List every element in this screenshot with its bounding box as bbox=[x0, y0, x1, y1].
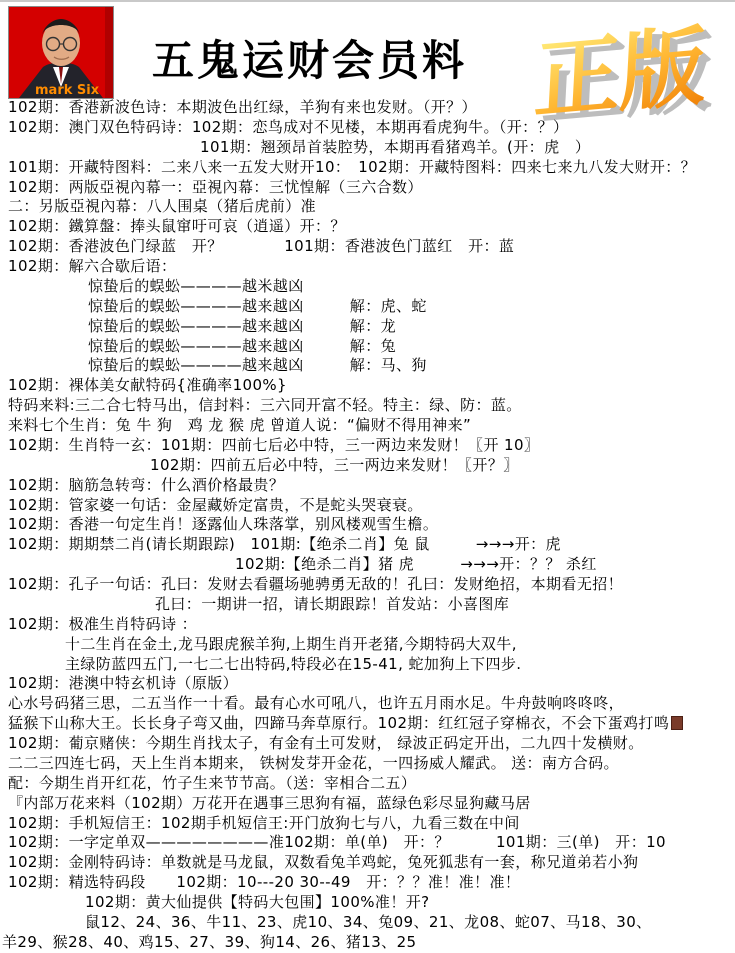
text-line: 102期:【绝杀二肖】猪 虎 →→→开：？？ 杀红 bbox=[0, 555, 735, 575]
text-line: 102期：黄大仙提供【特码大包围】100%准！开? bbox=[0, 893, 735, 913]
text-line: 102期：脑筋急转弯：什么酒价格最贵？ bbox=[0, 476, 735, 496]
text-line: 猛猴下山称大王。长长身子弯又曲，四蹄马奔草原行。102期：红红冠子穿棉衣，不会下… bbox=[0, 714, 735, 734]
text-line: 102期：香港新波色诗：本期波色出红绿，羊狗有来也发财。（开？） bbox=[0, 98, 735, 118]
text-line: 102期：管家婆一句话：金屋藏娇定富贵，不是蛇头哭衰衰。 bbox=[0, 496, 735, 516]
page-title: 五鬼运财会员料 bbox=[152, 28, 467, 88]
text-line: 二二三四连七码，天上生肖本期来， 铁树发芽开金花，一四扬威人耀武。 送：南方合码… bbox=[0, 754, 735, 774]
text-line: 102期：极准生肖特码诗 ： bbox=[0, 615, 735, 635]
text-line: 102期：孔子一句话：孔曰：发财去看疆场驰骋勇无敌的！孔曰：发财绝招，本期看无招… bbox=[0, 575, 735, 595]
text-line: 102期：裸体美女献特码{准确率100%} bbox=[0, 376, 735, 396]
text-line: 102期：港澳中特玄机诗（原版） bbox=[0, 674, 735, 694]
text-line: 102期：期期禁二肖(请长期跟踪) 101期:【绝杀二肖】兔 鼠 →→→开：虎 bbox=[0, 535, 735, 555]
text-line: 101期：翘颈昂首装腔势，本期再看猪鸡羊。(开：虎 ） bbox=[0, 138, 735, 158]
svg-text:mark Six: mark Six bbox=[35, 83, 100, 98]
text-line: 102期：精选特码段 102期：10---20 30--49 开：？？准！准！准… bbox=[0, 873, 735, 893]
text-line: 101期：开藏特图料：二来八来一五发大财开10： 102期：开藏特图料：四来七来… bbox=[0, 158, 735, 178]
text-line: 惊蛰后的蜈蚣————越米越凶 bbox=[0, 277, 735, 297]
text-line: 102期：葡京赌侠：今期生肖找太子，有金有土可发财， 绿波正码定开出，二九四十发… bbox=[0, 734, 735, 754]
text-line: 鼠12、24、36、牛11、23、虎10、34、兔09、21、龙08、蛇07、马… bbox=[0, 913, 735, 933]
text-line: 102期：金刚特码诗：单数就是马龙鼠，双数看兔羊鸡蛇，兔死狐悲有一套，称兄道弟若… bbox=[0, 853, 735, 873]
text-line: 102期：一字定单双————————准102期：单(单) 开：？ 101期：三(… bbox=[0, 833, 735, 853]
rooster-icon bbox=[671, 716, 683, 730]
text-line: 『内部万花来料（102期）万花开在遇事三思狗有福，蓝绿色彩尽显狗藏马居 bbox=[0, 794, 735, 814]
text-line: 孔曰：一期讲一招，请长期跟踪！首发站：小喜图库 bbox=[0, 595, 735, 615]
text-line: 配：今期生肖开红花，竹子生来节节高。（送：宰相合二五） bbox=[0, 774, 735, 794]
text-line: 102期：香港一句定生肖！逐露仙人珠落掌，别风楼观雪生檐。 bbox=[0, 515, 735, 535]
text-line: 惊蛰后的蜈蚣————越来越凶 解：虎、蛇 bbox=[0, 297, 735, 317]
text-line: 102期：生肖特一玄：101期：四前七后必中特，三一两边来发财！〖开 10〗 bbox=[0, 436, 735, 456]
text-line: 102期：鐵算盤：捧头鼠窜吁可哀（逍遥）开：？ bbox=[0, 217, 735, 237]
portrait-photo: mark Six bbox=[8, 6, 114, 99]
text-line: 心水号码猪三思，二五当作一十看。最有心水可吼八，也许五月雨水足。牛舟鼓响咚咚咚， bbox=[0, 694, 735, 714]
page: mark Six 五鬼运财会员料 正版 正版 102期：香港新波色诗：本期波色出… bbox=[0, 0, 735, 953]
text-line: 惊蛰后的蜈蚣————越来越凶 解：龙 bbox=[0, 317, 735, 337]
portrait-illustration: mark Six bbox=[9, 7, 113, 98]
header: mark Six 五鬼运财会员料 正版 正版 bbox=[0, 2, 735, 98]
text-line: 特码来料:三二合七特马出，信封料：三六同开富不轻。特主：绿、防：蓝。 bbox=[0, 396, 735, 416]
text-line: 102期：解六合歇后语： bbox=[0, 257, 735, 277]
text-line: 102期：四前五后必中特，三一两边来发财！〖开？〗 bbox=[0, 456, 735, 476]
text-line: 102期：两版亞視內幕一：亞視內幕：三忧惶解（三六合数） bbox=[0, 178, 735, 198]
text-line: 惊蛰后的蜈蚣————越来越凶 解：兔 bbox=[0, 337, 735, 357]
text-line: 二：另版亞視內幕：八人围桌（猪后虎前）准 bbox=[0, 197, 735, 217]
text-line: 102期：香港波色门绿蓝 开？ 101期：香港波色门蓝红 开：蓝 bbox=[0, 237, 735, 257]
text-line: 来料七个生肖：兔 牛 狗 鸡 龙 猴 虎 曾道人说：“偏财不得用神来” bbox=[0, 416, 735, 436]
text-line: 羊29、猴28、40、鸡15、27、39、狗14、26、猪13、25 bbox=[0, 933, 735, 953]
text-line: 102期：澳门双色特码诗：102期：恋鸟成对不见楼，本期再看虎狗牛。（开：？） bbox=[0, 118, 735, 138]
text-lines: 102期：香港新波色诗：本期波色出红绿，羊狗有来也发财。（开？）102期：澳门双… bbox=[0, 98, 735, 953]
text-line: 十二生肖在金土,龙马跟虎猴羊狗,上期生肖开老猪,今期特码大双牛, bbox=[0, 635, 735, 655]
text-line: 主绿防蓝四五门,一七二七出特码,特段必在15-41, 蛇加狗上下四步. bbox=[0, 655, 735, 675]
text-line: 惊蛰后的蜈蚣————越来越凶 解：马、狗 bbox=[0, 356, 735, 376]
text-line: 102期：手机短信王：102期手机短信王:开门放狗七与八，九看三数在中间 bbox=[0, 814, 735, 834]
